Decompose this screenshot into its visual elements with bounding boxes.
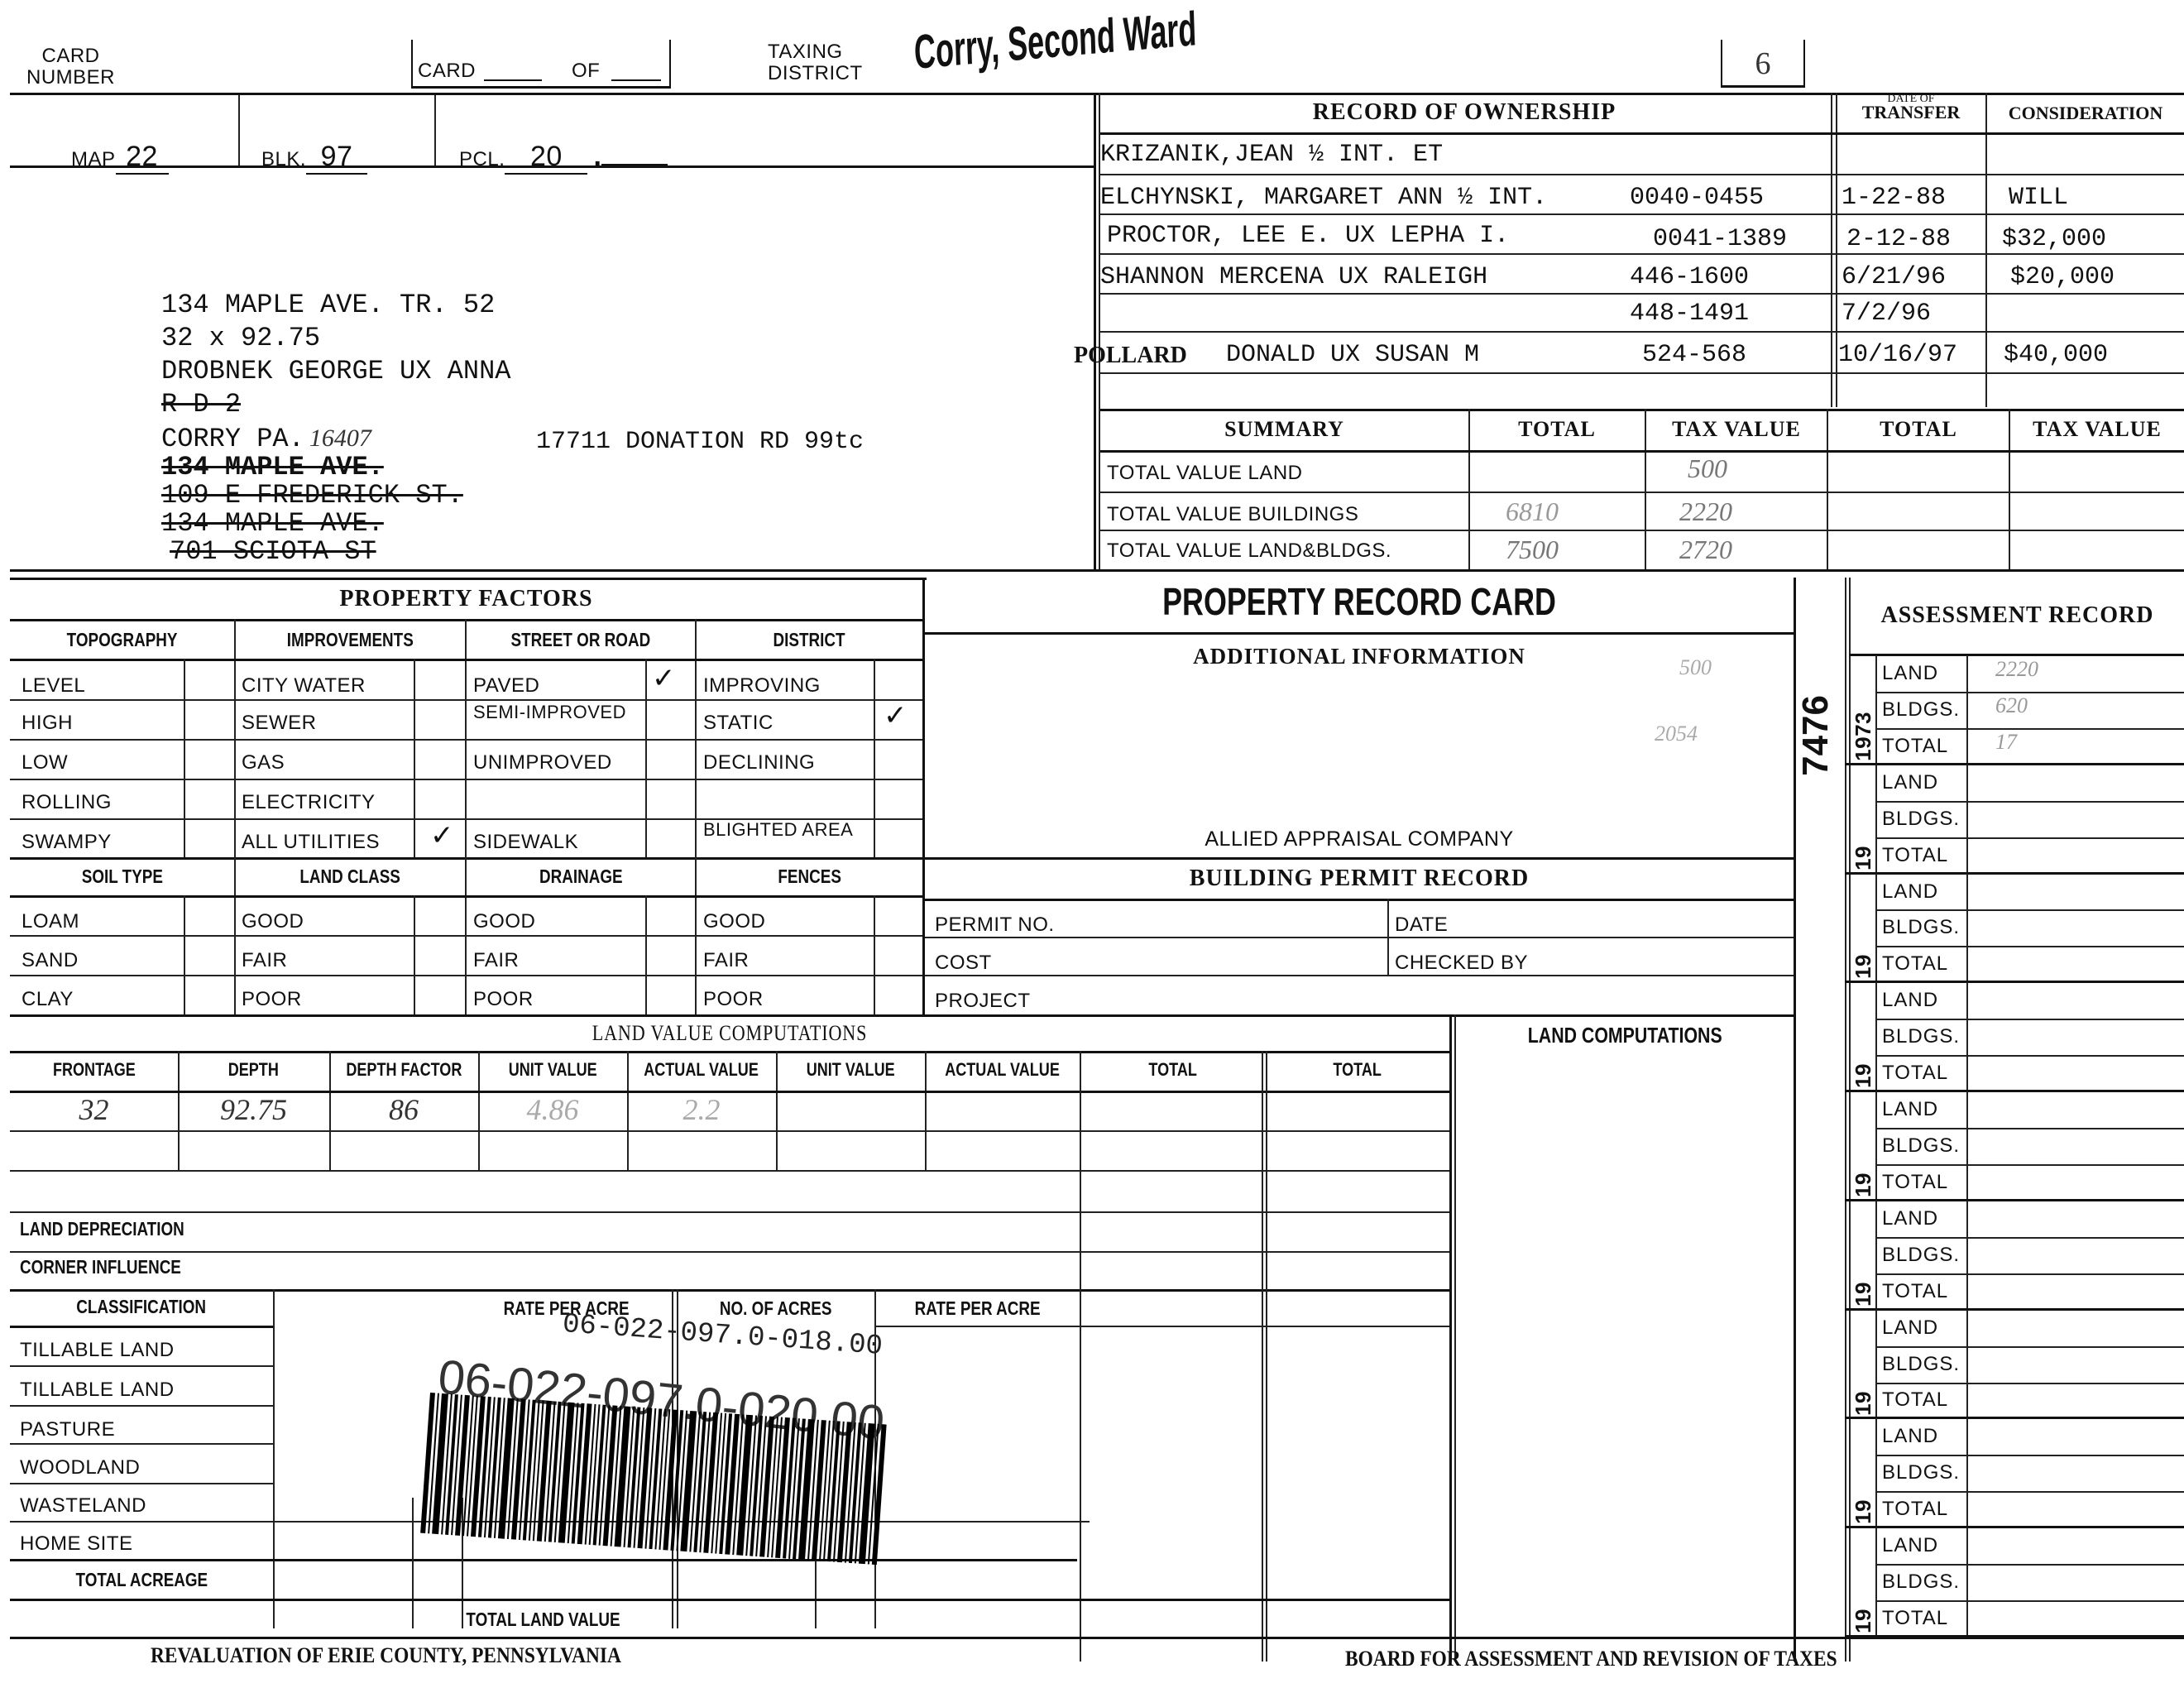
assessment-block: 19LANDBLDGS.TOTAL bbox=[1851, 982, 2184, 1091]
assessment-block: 19LANDBLDGS.TOTAL bbox=[1851, 1527, 2184, 1637]
street-semi-improved[interactable]: SEMI-IMPROVED bbox=[473, 703, 639, 722]
assessment-value[interactable]: 17 bbox=[1995, 730, 2017, 755]
assessment-year: 19 bbox=[1851, 1391, 1875, 1416]
assessment-row-label: LAND bbox=[1882, 989, 1938, 1012]
permit-project-field[interactable]: PROJECT bbox=[935, 990, 1031, 1013]
consideration-header: CONSIDERATION bbox=[1987, 103, 2184, 124]
assessment-year: 19 bbox=[1851, 954, 1875, 979]
class-wasteland: WASTELAND bbox=[20, 1494, 146, 1518]
land-class-header: LAND CLASS bbox=[236, 866, 465, 888]
rate-per-acre2-header: RATE PER ACRE bbox=[876, 1297, 1080, 1320]
of-label: OF bbox=[572, 60, 600, 83]
assessment-year: 19 bbox=[1851, 1172, 1875, 1197]
check-paved-icon: ✓ bbox=[652, 662, 676, 695]
assessment-row-label: LAND bbox=[1882, 1098, 1938, 1121]
owner-line-2: 32 x 92.75 bbox=[161, 323, 320, 353]
assessment-block: 19LANDBLDGS.TOTAL bbox=[1851, 1201, 2184, 1310]
assessment-row-label: TOTAL bbox=[1882, 1062, 1948, 1085]
summary-row-bldgs-tax: 2220 bbox=[1679, 496, 1732, 527]
fences-header: FENCES bbox=[697, 866, 922, 888]
transfer-label: TRANSFER bbox=[1837, 106, 1985, 119]
impr-electricity[interactable]: ELECTRICITY bbox=[242, 791, 376, 814]
property-record-card-title: PROPERTY RECORD CARD bbox=[1021, 579, 1698, 624]
owner-line-8-struck: 134 MAPLE AVE. bbox=[161, 508, 384, 539]
additional-info-label: ADDITIONAL INFORMATION bbox=[925, 644, 1794, 669]
check-static-icon: ✓ bbox=[884, 699, 908, 732]
drainage-header: DRAINAGE bbox=[467, 866, 695, 888]
ownership-title: RECORD OF OWNERSHIP bbox=[1100, 99, 1828, 126]
topo-low[interactable]: LOW bbox=[22, 751, 68, 774]
classification-header: CLASSIFICATION bbox=[10, 1296, 273, 1318]
owner-row-6-consideration: $40,000 bbox=[2004, 341, 2108, 369]
assessment-row-label: BLDGS. bbox=[1882, 1461, 1960, 1484]
assessment-row-label: BLDGS. bbox=[1882, 808, 1960, 831]
owner-row-4-date: 6/21/96 bbox=[1842, 263, 1946, 291]
owner-row-3-name: PROCTOR, LEE E. UX LEPHA I. bbox=[1107, 222, 1509, 250]
improvements-header: IMPROVEMENTS bbox=[236, 629, 465, 651]
assessment-value[interactable]: 620 bbox=[1995, 693, 2028, 718]
owner-line-7-struck: 109 E FREDERICK ST. bbox=[161, 480, 463, 511]
assessment-row-label: TOTAL bbox=[1882, 735, 1948, 758]
assessment-row-label: TOTAL bbox=[1882, 1171, 1948, 1194]
building-permit-title: BUILDING PERMIT RECORD bbox=[925, 866, 1794, 892]
street-paved[interactable]: PAVED bbox=[473, 674, 539, 698]
assessment-row-label: LAND bbox=[1882, 1425, 1938, 1448]
of-blank[interactable] bbox=[611, 79, 661, 81]
total-acreage-label: TOTAL ACREAGE bbox=[10, 1569, 273, 1591]
district-improving[interactable]: IMPROVING bbox=[703, 674, 821, 698]
assessment-record-title: ASSESSMENT RECORD bbox=[1851, 602, 2184, 629]
owner-row-2-consideration: WILL bbox=[2009, 184, 2068, 212]
owner-row-3-deed: 0041-1389 bbox=[1653, 225, 1787, 253]
landclass-fair[interactable]: FAIR bbox=[242, 949, 287, 972]
assessment-row-label: TOTAL bbox=[1882, 1280, 1948, 1303]
blk-value: 97 bbox=[306, 141, 367, 175]
district-static[interactable]: STATIC bbox=[703, 712, 773, 735]
summary-row-bldgs-label: TOTAL VALUE BUILDINGS bbox=[1107, 503, 1358, 526]
land-value-header: UNIT VALUE bbox=[478, 1059, 627, 1081]
footer-left: REVALUATION OF ERIE COUNTY, PENNSYLVANIA bbox=[151, 1643, 621, 1668]
summary-tax-value2-header: TAX VALUE bbox=[2010, 417, 2184, 442]
additional-info-note-2: 2054 bbox=[1655, 722, 1698, 746]
drainage-good[interactable]: GOOD bbox=[473, 910, 535, 933]
assessment-row-label: TOTAL bbox=[1882, 844, 1948, 867]
assessment-row-label: BLDGS. bbox=[1882, 1025, 1960, 1048]
card-of-box: CARD OF bbox=[411, 40, 671, 89]
assessment-block: 1973LAND2220BLDGS.620TOTAL17 bbox=[1851, 655, 2184, 765]
topo-high[interactable]: HIGH bbox=[22, 712, 73, 735]
street-sidewalk[interactable]: SIDEWALK bbox=[473, 831, 578, 854]
assessment-year: 19 bbox=[1851, 1282, 1875, 1307]
soil-sand[interactable]: SAND bbox=[22, 949, 79, 972]
side-note-handwritten: 7476 bbox=[1795, 695, 1837, 776]
assessment-row-label: LAND bbox=[1882, 1534, 1938, 1557]
blk-field[interactable]: BLK.97 bbox=[261, 141, 367, 175]
check-all-utilities-icon: ✓ bbox=[430, 819, 454, 852]
land-value-cell[interactable]: 2.2 bbox=[627, 1092, 776, 1127]
street-road-header: STREET OR ROAD bbox=[467, 629, 695, 651]
soil-type-header: SOIL TYPE bbox=[10, 866, 234, 888]
card-label: CARD bbox=[418, 60, 476, 83]
class-pasture: PASTURE bbox=[20, 1418, 115, 1441]
assessment-row-label: BLDGS. bbox=[1882, 698, 1960, 722]
land-value-header: DEPTH FACTOR bbox=[329, 1059, 478, 1081]
assessment-year: 19 bbox=[1851, 1063, 1875, 1088]
permit-date-field[interactable]: DATE bbox=[1395, 914, 1448, 937]
taxing-district-value: Corry, Second Ward bbox=[913, 1, 1197, 80]
pcl-value: 20 bbox=[505, 141, 587, 175]
owner-row-6-name: DONALD UX SUSAN M bbox=[1226, 341, 1479, 369]
soil-clay[interactable]: CLAY bbox=[22, 988, 74, 1011]
owner-line-9-struck: 701 SCIOTA ST bbox=[170, 536, 376, 567]
impr-gas[interactable]: GAS bbox=[242, 751, 285, 774]
owner-row-6-deed: 524-568 bbox=[1642, 341, 1746, 369]
summary-row-land-label: TOTAL VALUE LAND bbox=[1107, 462, 1303, 485]
owner-row-5-date: 7/2/96 bbox=[1842, 300, 1931, 328]
assessment-row-label: TOTAL bbox=[1882, 1498, 1948, 1521]
ward-number: 6 bbox=[1755, 46, 1771, 81]
district-blighted-area[interactable]: BLIGHTED AREA bbox=[703, 821, 869, 839]
owner-line-3: DROBNEK GEORGE UX ANNA bbox=[161, 356, 510, 386]
assessment-block: 19LANDBLDGS.TOTAL bbox=[1851, 1091, 2184, 1201]
map-value: 22 bbox=[116, 141, 169, 175]
landclass-good[interactable]: GOOD bbox=[242, 910, 304, 933]
pcl-field[interactable]: PCL.20 . bbox=[459, 141, 668, 175]
fences-good[interactable]: GOOD bbox=[703, 910, 765, 933]
fences-fair[interactable]: FAIR bbox=[703, 949, 749, 972]
permit-cost-field[interactable]: COST bbox=[935, 952, 992, 975]
owner-line-5: CORRY PA.16407 bbox=[161, 424, 371, 454]
land-value-cell[interactable]: 86 bbox=[329, 1092, 478, 1127]
total-land-value-label: TOTAL LAND VALUE bbox=[10, 1609, 1077, 1631]
assessment-row-label: TOTAL bbox=[1882, 952, 1948, 976]
assessment-row-label: BLDGS. bbox=[1882, 1134, 1960, 1158]
assessment-block: 19LANDBLDGS.TOTAL bbox=[1851, 765, 2184, 874]
assessment-row-label: TOTAL bbox=[1882, 1607, 1948, 1630]
assessment-year: 1973 bbox=[1851, 712, 1875, 761]
assessment-row-label: LAND bbox=[1882, 880, 1938, 904]
land-depreciation-label: LAND DEPRECIATION bbox=[20, 1218, 220, 1240]
card-blank[interactable] bbox=[484, 79, 542, 81]
summary-row-land-tax: 500 bbox=[1688, 453, 1727, 484]
assessment-year: 19 bbox=[1851, 1499, 1875, 1524]
summary-total2-header: TOTAL bbox=[1828, 417, 2009, 442]
district-declining[interactable]: DECLINING bbox=[703, 751, 815, 774]
class-tillable-land-1: TILLABLE LAND bbox=[20, 1339, 175, 1362]
street-unimproved[interactable]: UNIMPROVED bbox=[473, 751, 612, 774]
card-number-label: CARD NUMBER bbox=[26, 46, 115, 89]
owner-row-4-name: SHANNON MERCENA UX RALEIGH bbox=[1100, 263, 1487, 291]
class-woodland: WOODLAND bbox=[20, 1456, 140, 1479]
permit-checked-by-field[interactable]: CHECKED BY bbox=[1395, 952, 1528, 975]
summary-total-header: TOTAL bbox=[1470, 417, 1644, 442]
fences-poor[interactable]: POOR bbox=[703, 988, 764, 1011]
assessment-row-label: LAND bbox=[1882, 662, 1938, 685]
land-value-header: ACTUAL VALUE bbox=[627, 1059, 776, 1081]
owner-line-6-struck: 134 MAPLE AVE. bbox=[161, 452, 384, 482]
impr-all-utilities[interactable]: ALL UTILITIES bbox=[242, 831, 380, 854]
zip-handwritten: 16407 bbox=[309, 424, 371, 452]
assessment-block: 19LANDBLDGS.TOTAL bbox=[1851, 874, 2184, 983]
topo-rolling[interactable]: ROLLING bbox=[22, 791, 112, 814]
assessment-year: 19 bbox=[1851, 1609, 1875, 1633]
summary-tax-value-header: TAX VALUE bbox=[1646, 417, 1827, 442]
district-header: DISTRICT bbox=[697, 629, 922, 651]
owner-row-2-name: ELCHYNSKI, MARGARET ANN ½ INT. bbox=[1100, 184, 1547, 212]
owner-row-4-deed: 446-1600 bbox=[1630, 263, 1749, 291]
assessment-row-label: BLDGS. bbox=[1882, 1571, 1960, 1594]
city-state: CORRY PA. bbox=[161, 424, 304, 454]
owner-row-3-consideration: $32,000 bbox=[2002, 225, 2106, 253]
class-home-site: HOME SITE bbox=[20, 1532, 133, 1556]
assessment-block: 19LANDBLDGS.TOTAL bbox=[1851, 1418, 2184, 1527]
assessment-row-label: BLDGS. bbox=[1882, 916, 1960, 939]
topography-header: TOPOGRAPHY bbox=[10, 629, 234, 651]
assessment-row-label: LAND bbox=[1882, 1316, 1938, 1340]
assessment-row-label: BLDGS. bbox=[1882, 1353, 1960, 1376]
owner-row-3-date: 2-12-88 bbox=[1846, 225, 1951, 253]
land-value-header: ACTUAL VALUE bbox=[925, 1059, 1080, 1081]
owner-row-2-date: 1-22-88 bbox=[1842, 184, 1946, 212]
topo-level[interactable]: LEVEL bbox=[22, 674, 85, 698]
land-value-cell[interactable]: 32 bbox=[10, 1092, 178, 1127]
land-value-header: TOTAL bbox=[1080, 1059, 1266, 1081]
land-value-header: FRONTAGE bbox=[10, 1059, 178, 1081]
impr-city-water[interactable]: CITY WATER bbox=[242, 674, 366, 698]
land-value-cell[interactable]: 92.75 bbox=[178, 1092, 329, 1127]
assessment-row-label: BLDGS. bbox=[1882, 1244, 1960, 1267]
assessment-row-label: TOTAL bbox=[1882, 1388, 1948, 1412]
corner-influence-label: CORNER INFLUENCE bbox=[20, 1256, 217, 1278]
owner-row-2-deed: 0040-0455 bbox=[1630, 184, 1764, 212]
summary-row-bldgs-total: 6810 bbox=[1506, 496, 1559, 527]
drainage-poor[interactable]: POOR bbox=[473, 988, 534, 1011]
land-value-title: LAND VALUE COMPUTATIONS bbox=[118, 1021, 1342, 1046]
summary-row-total-label: TOTAL VALUE LAND&BLDGS. bbox=[1107, 539, 1391, 563]
permit-no-field[interactable]: PERMIT NO. bbox=[935, 914, 1055, 937]
owner-line-1: 134 MAPLE AVE. TR. 52 bbox=[161, 290, 495, 320]
property-factors-title: PROPERTY FACTORS bbox=[10, 586, 922, 612]
summary-row-total-total: 7500 bbox=[1506, 535, 1559, 565]
landclass-poor[interactable]: POOR bbox=[242, 988, 302, 1011]
footer-right: BOARD FOR ASSESSMENT AND REVISION OF TAX… bbox=[1345, 1647, 1837, 1671]
assessment-value[interactable]: 2220 bbox=[1995, 657, 2038, 682]
taxing-district-label: TAXING DISTRICT bbox=[768, 41, 863, 84]
soil-loam[interactable]: LOAM bbox=[22, 910, 79, 933]
owner-row-1-name: KRIZANIK,JEAN ½ INT. ET bbox=[1100, 141, 1443, 169]
topo-swampy[interactable]: SWAMPY bbox=[22, 831, 112, 854]
assessment-year: 19 bbox=[1851, 846, 1875, 870]
land-value-header: TOTAL bbox=[1266, 1059, 1449, 1081]
mailing-address: 17711 DONATION RD 99tc bbox=[536, 428, 864, 456]
owner-row-5-deed: 448-1491 bbox=[1630, 300, 1749, 328]
transfer-date-header: DATE OF TRANSFER bbox=[1837, 93, 1985, 119]
map-field[interactable]: MAP22 bbox=[71, 141, 169, 175]
summary-row-total-tax: 2720 bbox=[1679, 535, 1732, 565]
land-value-cell[interactable]: 4.86 bbox=[478, 1092, 627, 1127]
summary-header: SUMMARY bbox=[1100, 417, 1468, 442]
ward-box: 6 bbox=[1721, 40, 1805, 88]
drainage-fair[interactable]: FAIR bbox=[473, 949, 519, 972]
additional-info-note-1: 500 bbox=[1679, 655, 1712, 680]
assessment-block: 19LANDBLDGS.TOTAL bbox=[1851, 1310, 2184, 1419]
land-computations-label: LAND COMPUTATIONS bbox=[1456, 1023, 1794, 1048]
land-value-header: DEPTH bbox=[178, 1059, 329, 1081]
appraiser-name: ALLIED APPRAISAL COMPANY bbox=[925, 827, 1794, 851]
assessment-row-label: LAND bbox=[1882, 771, 1938, 794]
owner-row-4-consideration: $20,000 bbox=[2010, 263, 2115, 291]
land-value-header: UNIT VALUE bbox=[776, 1059, 925, 1081]
impr-sewer[interactable]: SEWER bbox=[242, 712, 317, 735]
owner-line-4-struck: R D 2 bbox=[161, 389, 241, 420]
owner-row-6-prefix: POLLARD bbox=[1074, 343, 1187, 369]
assessment-row-label: LAND bbox=[1882, 1207, 1938, 1230]
no-of-acres-header: NO. OF ACRES bbox=[678, 1297, 873, 1320]
class-tillable-land-2: TILLABLE LAND bbox=[20, 1379, 175, 1402]
owner-row-6-date: 10/16/97 bbox=[1838, 341, 1957, 369]
